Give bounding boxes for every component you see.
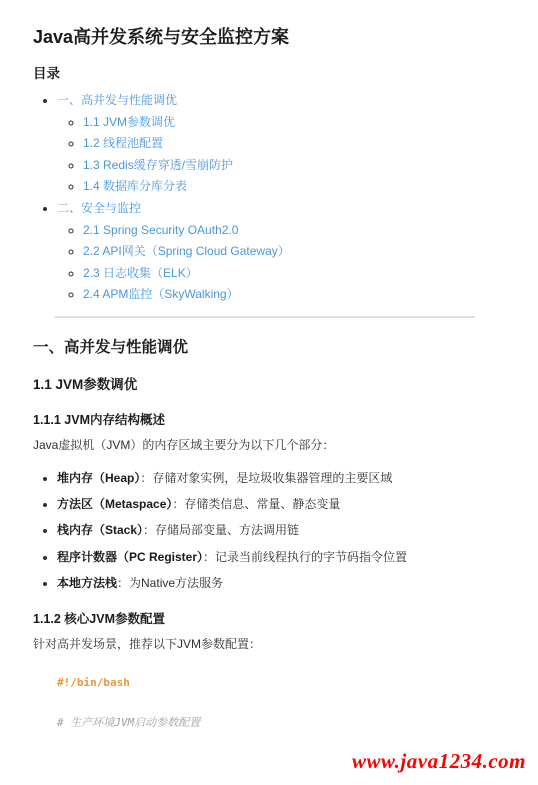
list-term: 程序计数器（PC Register） bbox=[57, 550, 203, 564]
section-divider bbox=[55, 316, 475, 318]
toc-link-2-4[interactable]: 2.4 APM监控（SkyWalking） bbox=[83, 287, 239, 301]
code-shebang-line: #!/bin/bash bbox=[57, 676, 130, 689]
toc-item: 1.4 数据库分库分表 bbox=[83, 177, 505, 196]
list-desc: ：存储对象实例，是垃圾收集器管理的主要区域 bbox=[140, 471, 392, 485]
subsection-heading: 1.1 JVM参数调优 bbox=[33, 376, 505, 394]
list-desc: ：为Native方法服务 bbox=[117, 576, 223, 590]
toc-sublist-1: 1.1 JVM参数调优 1.2 线程池配置 1.3 Redis缓存穿透/雪崩防护… bbox=[57, 113, 505, 196]
list-desc: ：存储局部变量、方法调用链 bbox=[143, 523, 299, 537]
toc-item: 2.3 日志收集（ELK） bbox=[83, 264, 505, 283]
list-term: 栈内存（Stack） bbox=[57, 523, 143, 537]
list-desc: ：存储类信息、常量、静态变量 bbox=[172, 497, 340, 511]
list-term: 本地方法栈 bbox=[57, 576, 117, 590]
code-content: #!/bin/bash # 生产环境JVM启动参数配置 bbox=[57, 676, 200, 728]
toc-item: 2.2 API网关（Spring Cloud Gateway） bbox=[83, 242, 505, 261]
toc-item: 2.4 APM监控（SkyWalking） bbox=[83, 285, 505, 304]
toc-item: 1.2 线程池配置 bbox=[83, 134, 505, 153]
toc-sublist-2: 2.1 Spring Security OAuth2.0 2.2 API网关（S… bbox=[57, 221, 505, 304]
toc-link-2-1[interactable]: 2.1 Spring Security OAuth2.0 bbox=[83, 223, 238, 237]
intro-paragraph: Java虚拟机（JVM）的内存区域主要分为以下几个部分： bbox=[33, 436, 505, 455]
section-heading: 一、高并发与性能调优 bbox=[33, 338, 505, 358]
toc-item: 2.1 Spring Security OAuth2.0 bbox=[83, 221, 505, 240]
toc-link-1-4[interactable]: 1.4 数据库分库分表 bbox=[83, 179, 187, 193]
toc-link-1-2[interactable]: 1.2 线程池配置 bbox=[83, 136, 163, 150]
list-item: 程序计数器（PC Register）：记录当前线程执行的字节码指令位置 bbox=[57, 548, 505, 567]
toc-item: 1.1 JVM参数调优 bbox=[83, 113, 505, 132]
subsubsection-heading-1: 1.1.1 JVM内存结构概述 bbox=[33, 412, 505, 428]
list-term: 堆内存（Heap） bbox=[57, 471, 140, 485]
toc-heading: 目录 bbox=[33, 65, 505, 83]
memory-structure-list: 堆内存（Heap）：存储对象实例，是垃圾收集器管理的主要区域 方法区（Metas… bbox=[33, 469, 505, 593]
subsubsection-heading-2: 1.1.2 核心JVM参数配置 bbox=[33, 611, 505, 627]
page-title: Java高并发系统与安全监控方案 bbox=[33, 26, 505, 49]
list-item: 栈内存（Stack）：存储局部变量、方法调用链 bbox=[57, 521, 505, 540]
code-comment-line: # 生产环境JVM启动参数配置 bbox=[57, 716, 200, 729]
toc-item: 1.3 Redis缓存穿透/雪崩防护 bbox=[83, 156, 505, 175]
document-page: Java高并发系统与安全监控方案 目录 一、高并发与性能调优 1.1 JVM参数… bbox=[0, 0, 538, 785]
watermark: www.java1234.com bbox=[352, 745, 526, 779]
toc-link-section-2[interactable]: 二、安全与监控 bbox=[57, 201, 141, 215]
list-item: 堆内存（Heap）：存储对象实例，是垃圾收集器管理的主要区域 bbox=[57, 469, 505, 488]
toc-link-1-1[interactable]: 1.1 JVM参数调优 bbox=[83, 115, 175, 129]
toc-link-2-2[interactable]: 2.2 API网关（Spring Cloud Gateway） bbox=[83, 244, 290, 258]
list-term: 方法区（Metaspace） bbox=[57, 497, 172, 511]
toc-link-2-3[interactable]: 2.3 日志收集（ELK） bbox=[83, 266, 198, 280]
toc-item-section-1: 一、高并发与性能调优 1.1 JVM参数调优 1.2 线程池配置 1.3 Red… bbox=[57, 91, 505, 196]
list-desc: ：记录当前线程执行的字节码指令位置 bbox=[203, 550, 407, 564]
list-item: 本地方法栈：为Native方法服务 bbox=[57, 574, 505, 593]
toc-link-section-1[interactable]: 一、高并发与性能调优 bbox=[57, 93, 177, 107]
code-intro-paragraph: 针对高并发场景，推荐以下JVM参数配置： bbox=[33, 635, 505, 654]
toc-list: 一、高并发与性能调优 1.1 JVM参数调优 1.2 线程池配置 1.3 Red… bbox=[33, 91, 505, 304]
code-block: #!/bin/bash # 生产环境JVM启动参数配置 bbox=[33, 668, 505, 733]
list-item: 方法区（Metaspace）：存储类信息、常量、静态变量 bbox=[57, 495, 505, 514]
toc-item-section-2: 二、安全与监控 2.1 Spring Security OAuth2.0 2.2… bbox=[57, 199, 505, 304]
toc-link-1-3[interactable]: 1.3 Redis缓存穿透/雪崩防护 bbox=[83, 158, 233, 172]
